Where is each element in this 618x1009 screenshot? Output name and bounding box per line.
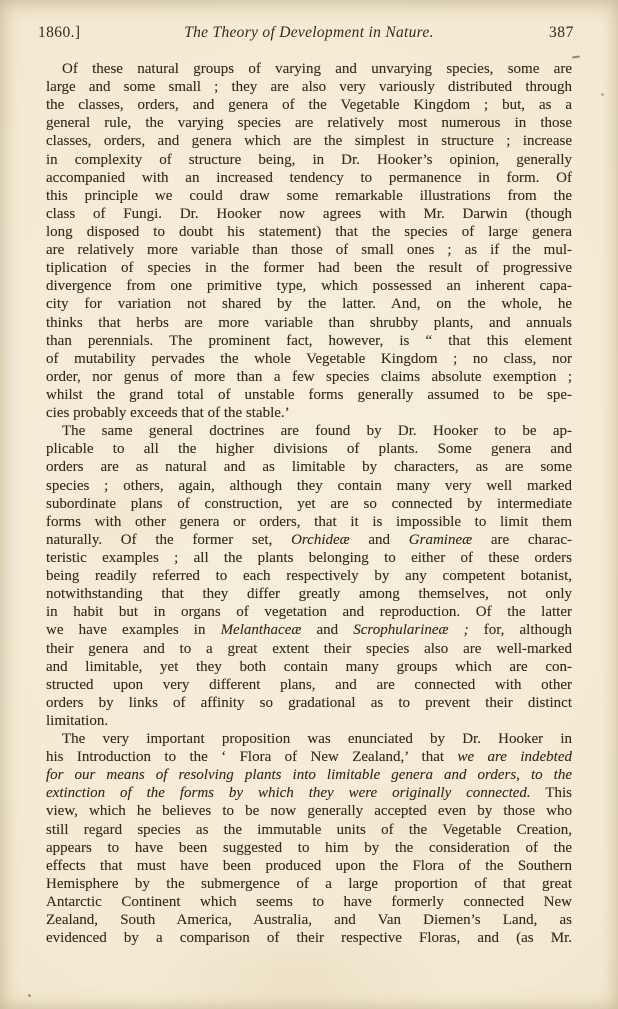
text-line: thinks that herbs are more variable than…	[46, 314, 572, 332]
text-line: view, which he believes to be now genera…	[46, 802, 572, 820]
text-segment: divergence from one primitive type, whic…	[46, 278, 572, 294]
text-line: naturally. Of the former set, Orchideæ a…	[46, 531, 572, 549]
italic-text-segment: Orchideæ	[291, 532, 350, 548]
text-segment: Zealand, South America, Australia, and V…	[46, 912, 572, 928]
text-segment: being readily referred to each respectiv…	[46, 568, 572, 584]
text-line: Of these natural groups of varying and u…	[46, 60, 572, 78]
page-header: 1860.] The Theory of Development in Natu…	[0, 24, 618, 46]
text-line: effects that must have been produced upo…	[46, 857, 572, 875]
paragraph: The same general doctrines are found by …	[46, 422, 572, 730]
text-line: are relatively more variable than those …	[46, 241, 572, 259]
text-segment: limitation.	[46, 713, 108, 729]
text-line: Zealand, South America, Australia, and V…	[46, 911, 572, 929]
text-line: subordinate plans of construction, yet a…	[46, 495, 572, 513]
text-segment: their genera and to a great extent their…	[46, 641, 572, 657]
text-segment: orders by links of affinity so gradation…	[46, 695, 572, 711]
text-line: for our means of resolving plants into l…	[46, 766, 572, 784]
text-segment: still regard species as the immutable un…	[46, 822, 572, 838]
text-line: in habit but in organs of vegetation and…	[46, 603, 572, 621]
text-line: the classes, orders, and genera of the V…	[46, 96, 572, 114]
text-segment: teristic examples ; all the plants belon…	[46, 550, 572, 566]
text-line: city for variation not shared by the lat…	[46, 295, 572, 313]
text-segment: notwithstanding that they differ greatly…	[46, 586, 572, 602]
text-segment: cies probably exceeds that of the stable…	[46, 405, 290, 421]
text-line: orders are as natural and as limitable b…	[46, 458, 572, 476]
text-line: species ; others, again, although they c…	[46, 477, 572, 495]
text-line: his Introduction to the ‘ Flora of New Z…	[46, 748, 572, 766]
text-segment: naturally. Of the former set,	[46, 532, 291, 548]
text-segment: species ; others, again, although they c…	[46, 478, 572, 494]
text-line: appears to have been suggested to him by…	[46, 839, 572, 857]
text-segment: his Introduction to the ‘ Flora of New Z…	[46, 749, 457, 765]
text-line: we have examples in Melanthaceæ and Scro…	[46, 621, 572, 639]
text-line: teristic examples ; all the plants belon…	[46, 549, 572, 567]
text-segment: The same general doctrines are found by …	[62, 423, 572, 439]
text-line: tiplication of species in the former had…	[46, 259, 572, 277]
text-segment: whilst the grand total of unstable forms…	[46, 387, 572, 403]
text-line: long disposed to doubt his statement) th…	[46, 223, 572, 241]
paper-speck	[572, 55, 580, 58]
paper-speck	[601, 93, 604, 96]
header-running-title: The Theory of Development in Nature.	[0, 24, 618, 42]
text-segment: view, which he believes to be now genera…	[46, 803, 572, 819]
scanned-book-page: 1860.] The Theory of Development in Natu…	[0, 0, 618, 1009]
text-segment: and limitable, yet they both contain man…	[46, 659, 572, 675]
text-segment: evidenced by a comparison of their respe…	[46, 930, 572, 946]
text-segment: in habit but in organs of vegetation and…	[46, 604, 572, 620]
text-line: their genera and to a great extent their…	[46, 640, 572, 658]
text-line: of mutability pervades the whole Vegetab…	[46, 350, 572, 368]
page-text: Of these natural groups of varying and u…	[46, 60, 572, 947]
text-segment: Of these natural groups of varying and u…	[62, 61, 572, 77]
text-line: in complexity of structure being, in Dr.…	[46, 151, 572, 169]
text-segment: forms with other genera or orders, that …	[46, 514, 572, 530]
text-line: general rule, the varying species are re…	[46, 114, 572, 132]
text-segment: and	[301, 622, 353, 638]
text-segment: tiplication of species in the former had…	[46, 260, 572, 276]
text-line: large and some small ; they are also ver…	[46, 78, 572, 96]
text-line: being readily referred to each respectiv…	[46, 567, 572, 585]
text-segment: we have examples in	[46, 622, 221, 638]
text-line: order, nor genus of more than a few spec…	[46, 368, 572, 386]
text-segment: order, nor genus of more than a few spec…	[46, 369, 572, 385]
text-segment: The very important proposition was enunc…	[62, 731, 572, 747]
text-line: orders by links of affinity so gradation…	[46, 694, 572, 712]
italic-text-segment: for our means of resolving plants into l…	[46, 767, 572, 783]
paragraph: Of these natural groups of varying and u…	[46, 60, 572, 422]
text-line: than perennials. The prominent fact, how…	[46, 332, 572, 350]
text-line: accompanied with an increased tendency t…	[46, 169, 572, 187]
text-line: divergence from one primitive type, whic…	[46, 277, 572, 295]
text-line: still regard species as the immutable un…	[46, 821, 572, 839]
text-segment: are relatively more variable than those …	[46, 242, 572, 258]
header-year: 1860.]	[38, 24, 80, 42]
paragraph: The very important proposition was enunc…	[46, 730, 572, 947]
text-segment: long disposed to doubt his statement) th…	[46, 224, 572, 240]
text-line: plicable to all the higher divisions of …	[46, 440, 572, 458]
text-segment: Hemisphere by the submergence of a large…	[46, 876, 572, 892]
text-segment: of mutability pervades the whole Vegetab…	[46, 351, 572, 367]
text-segment: This	[531, 785, 572, 801]
text-line: Hemisphere by the submergence of a large…	[46, 875, 572, 893]
text-segment: structed upon very different plans, and …	[46, 677, 572, 693]
text-segment: effects that must have been produced upo…	[46, 858, 572, 874]
text-segment: accompanied with an increased tendency t…	[46, 170, 572, 186]
text-segment: the classes, orders, and genera of the V…	[46, 97, 572, 113]
text-segment: Antarctic Continent which seems to have …	[46, 894, 572, 910]
italic-text-segment: Scrophularineæ ;	[353, 622, 468, 638]
text-segment: classes, orders, and genera which are th…	[46, 133, 572, 149]
text-segment: subordinate plans of construction, yet a…	[46, 496, 572, 512]
text-segment: and	[350, 532, 409, 548]
text-segment: orders are as natural and as limitable b…	[46, 459, 572, 475]
text-line: extinction of the forms by which they we…	[46, 784, 572, 802]
text-line: and limitable, yet they both contain man…	[46, 658, 572, 676]
text-segment: are charac-	[472, 532, 572, 548]
text-line: cies probably exceeds that of the stable…	[46, 404, 572, 422]
text-segment: in complexity of structure being, in Dr.…	[46, 152, 572, 168]
text-segment: thinks that herbs are more variable than…	[46, 315, 572, 331]
text-segment: this principle we could draw some remark…	[46, 188, 572, 204]
text-segment: city for variation not shared by the lat…	[46, 296, 572, 312]
text-line: The very important proposition was enunc…	[46, 730, 572, 748]
text-line: evidenced by a comparison of their respe…	[46, 929, 572, 947]
text-line: whilst the grand total of unstable forms…	[46, 386, 572, 404]
text-line: Antarctic Continent which seems to have …	[46, 893, 572, 911]
text-line: notwithstanding that they differ greatly…	[46, 585, 572, 603]
text-segment: general rule, the varying species are re…	[46, 115, 572, 131]
header-page-number: 387	[549, 24, 574, 42]
text-segment: than perennials. The prominent fact, how…	[46, 333, 572, 349]
italic-text-segment: Melanthaceæ	[221, 622, 302, 638]
italic-text-segment: we are indebted	[457, 749, 572, 765]
text-line: structed upon very different plans, and …	[46, 676, 572, 694]
italic-text-segment: Gramineæ	[409, 532, 472, 548]
text-segment: plicable to all the higher divisions of …	[46, 441, 572, 457]
text-line: this principle we could draw some remark…	[46, 187, 572, 205]
text-line: limitation.	[46, 712, 572, 730]
italic-text-segment: extinction of the forms by which they we…	[46, 785, 531, 801]
text-segment: large and some small ; they are also ver…	[46, 79, 572, 95]
text-line: class of Fungi. Dr. Hooker now agrees wi…	[46, 205, 572, 223]
text-segment: class of Fungi. Dr. Hooker now agrees wi…	[46, 206, 572, 222]
paper-speck	[28, 994, 31, 997]
text-segment: for, although	[469, 622, 572, 638]
text-segment: appears to have been suggested to him by…	[46, 840, 572, 856]
text-line: The same general doctrines are found by …	[46, 422, 572, 440]
text-line: forms with other genera or orders, that …	[46, 513, 572, 531]
text-line: classes, orders, and genera which are th…	[46, 132, 572, 150]
